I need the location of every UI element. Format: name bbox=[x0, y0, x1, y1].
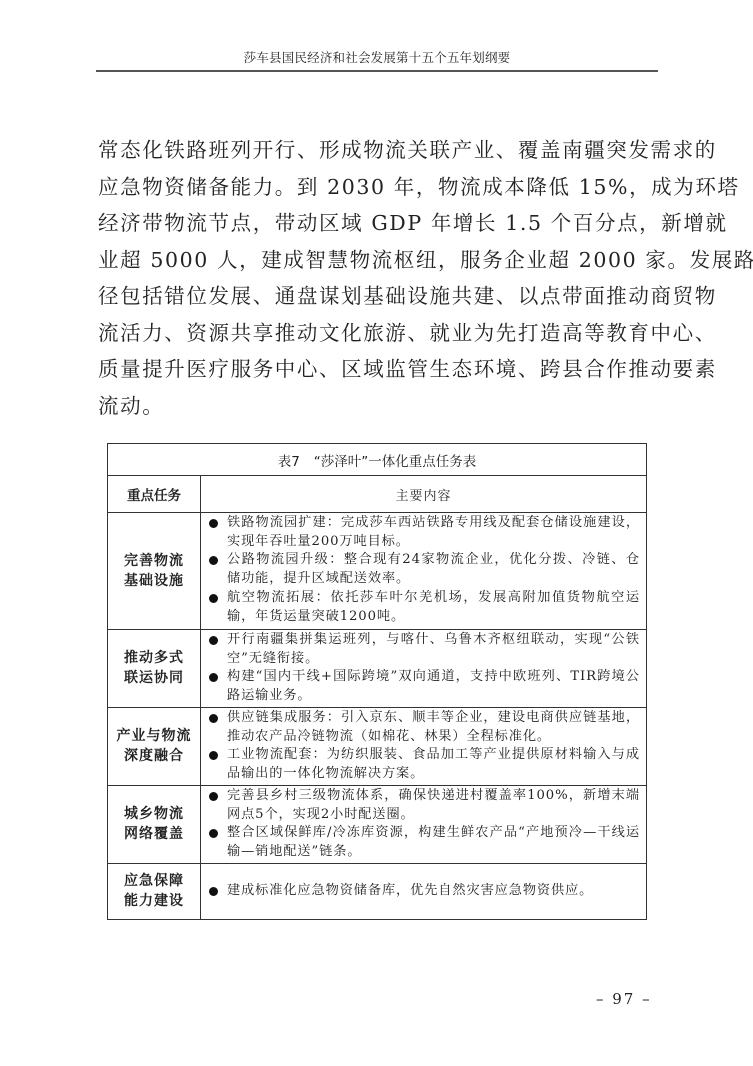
bullet-icon bbox=[209, 636, 218, 645]
running-header-title: 莎车县国民经济和社会发展第十五个五年划纲要 bbox=[96, 48, 658, 66]
list-item: 工业物流配套：为纺织服装、食品加工等产业提供原材料输入与成品输出的一体化物流解决… bbox=[201, 746, 640, 783]
bullet-icon bbox=[209, 751, 218, 760]
bullet-icon bbox=[209, 887, 218, 896]
paragraph-line: 常态化铁路班列开行、形成物流关联产业、覆盖南疆突发需求的 bbox=[98, 132, 658, 169]
column-header-content: 主要内容 bbox=[201, 476, 647, 513]
paragraph-line: 流活力、资源共享推动文化旅游、就业为先打造高等教育中心、 bbox=[98, 315, 658, 352]
page-number: – 97 – bbox=[596, 990, 652, 1008]
table-row: 应急保障 能力建设 建成标准化应急物资储备库，优先自然灾害应急物资供应。 bbox=[108, 863, 647, 919]
table-title: “莎泽叶”一体化重点任务表 bbox=[314, 454, 477, 470]
list-item: 公路物流园升级：整合现有24家物流企业，优化分拨、冷链、仓储功能，提升区域配送效… bbox=[201, 551, 640, 588]
paragraph-line: 流动。 bbox=[98, 388, 658, 425]
list-item: 开行南疆集拼集运班列，与喀什、乌鲁木齐枢纽联动，实现“公铁空”无缝衔接。 bbox=[201, 631, 640, 668]
task-name-line: 联运协同 bbox=[108, 668, 200, 688]
bullet-icon bbox=[209, 673, 218, 682]
list-item: 供应链集成服务：引入京东、顺丰等企业，建设电商供应链基地，推动农产品冷链物流（如… bbox=[201, 709, 640, 746]
list-item-text: 开行南疆集拼集运班列，与喀什、乌鲁木齐枢纽联动，实现“公铁空”无缝衔接。 bbox=[227, 632, 640, 666]
task-name-cell: 应急保障 能力建设 bbox=[108, 863, 201, 919]
list-item-text: 整合区域保鲜库/冷冻库资源，构建生鲜农产品“产地预冷—干线运输—销地配送”链条。 bbox=[227, 825, 640, 859]
list-item: 整合区域保鲜库/冷冻库资源，构建生鲜农产品“产地预冷—干线运输—销地配送”链条。 bbox=[201, 824, 640, 861]
table-number: 表7 bbox=[278, 454, 300, 470]
task-name-cell: 城乡物流 网络覆盖 bbox=[108, 785, 201, 863]
bullet-icon bbox=[209, 519, 218, 528]
table-row: 完善物流 基础设施 铁路物流园扩建：完成莎车西站铁路专用线及配套仓储设施建设，实… bbox=[108, 513, 647, 630]
header-divider bbox=[96, 70, 658, 72]
list-item-text: 建成标准化应急物资储备库，优先自然灾害应急物资供应。 bbox=[227, 883, 593, 898]
bullet-icon bbox=[209, 594, 218, 603]
task-name-line: 城乡物流 bbox=[108, 804, 200, 824]
bullet-icon bbox=[209, 714, 218, 723]
table-row: 城乡物流 网络覆盖 完善县乡村三级物流体系，确保快递进村覆盖率100%，新增末端… bbox=[108, 785, 647, 863]
list-item-text: 完善县乡村三级物流体系，确保快递进村覆盖率100%，新增末端网点5个，实现2小时… bbox=[227, 788, 640, 822]
bullet-icon bbox=[209, 829, 218, 838]
task-name-cell: 推动多式 联运协同 bbox=[108, 630, 201, 708]
column-header-task: 重点任务 bbox=[108, 476, 201, 513]
list-item: 航空物流拓展：依托莎车叶尔羌机场，发展高附加值货物航空运输，年货运量突破1200… bbox=[201, 589, 640, 626]
task-content-cell: 供应链集成服务：引入京东、顺丰等企业，建设电商供应链基地，推动农产品冷链物流（如… bbox=[201, 707, 647, 785]
list-item-text: 公路物流园升级：整合现有24家物流企业，优化分拨、冷链、仓储功能，提升区域配送效… bbox=[227, 552, 640, 586]
task-name-line: 深度融合 bbox=[108, 746, 200, 766]
list-item-text: 航空物流拓展：依托莎车叶尔羌机场，发展高附加值货物航空运输，年货运量突破1200… bbox=[227, 590, 640, 624]
list-item-text: 铁路物流园扩建：完成莎车西站铁路专用线及配套仓储设施建设，实现年吞吐量200万吨… bbox=[227, 515, 640, 549]
task-name-line: 基础设施 bbox=[108, 571, 200, 591]
list-item: 建成标准化应急物资储备库，优先自然灾害应急物资供应。 bbox=[201, 882, 640, 901]
list-item: 构建“国内干线+国际跨境”双向通道，支持中欧班列、TIR跨境公路运输业务。 bbox=[201, 668, 640, 705]
task-name-line: 网络覆盖 bbox=[108, 824, 200, 844]
list-item-text: 构建“国内干线+国际跨境”双向通道，支持中欧班列、TIR跨境公路运输业务。 bbox=[227, 669, 640, 703]
table-row: 产业与物流 深度融合 供应链集成服务：引入京东、顺丰等企业，建设电商供应链基地，… bbox=[108, 707, 647, 785]
task-content-cell: 建成标准化应急物资储备库，优先自然灾害应急物资供应。 bbox=[201, 863, 647, 919]
task-name-line: 完善物流 bbox=[108, 551, 200, 571]
paragraph-line: 径包括错位发展、通盘谋划基础设施共建、以点带面推动商贸物 bbox=[98, 278, 658, 315]
task-content-cell: 完善县乡村三级物流体系，确保快递进村覆盖率100%，新增末端网点5个，实现2小时… bbox=[201, 785, 647, 863]
task-name-line: 推动多式 bbox=[108, 648, 200, 668]
list-item: 完善县乡村三级物流体系，确保快递进村覆盖率100%，新增末端网点5个，实现2小时… bbox=[201, 787, 640, 824]
task-name-line: 应急保障 bbox=[108, 871, 200, 891]
task-name-cell: 完善物流 基础设施 bbox=[108, 513, 201, 630]
list-item-text: 工业物流配套：为纺织服装、食品加工等产业提供原材料输入与成品输出的一体化物流解决… bbox=[227, 747, 640, 781]
paragraph-line: 业超 5000 人，建成智慧物流枢纽，服务企业超 2000 家。发展路 bbox=[98, 242, 658, 279]
list-item-text: 供应链集成服务：引入京东、顺丰等企业，建设电商供应链基地，推动农产品冷链物流（如… bbox=[227, 710, 640, 744]
list-item: 铁路物流园扩建：完成莎车西站铁路专用线及配套仓储设施建设，实现年吞吐量200万吨… bbox=[201, 514, 640, 551]
bullet-icon bbox=[209, 556, 218, 565]
task-content-cell: 铁路物流园扩建：完成莎车西站铁路专用线及配套仓储设施建设，实现年吞吐量200万吨… bbox=[201, 513, 647, 630]
task-content-cell: 开行南疆集拼集运班列，与喀什、乌鲁木齐枢纽联动，实现“公铁空”无缝衔接。 构建“… bbox=[201, 630, 647, 708]
paragraph-line: 质量提升医疗服务中心、区域监管生态环境、跨县合作推动要素 bbox=[98, 351, 658, 388]
paragraph-line: 应急物资储备能力。到 2030 年，物流成本降低 15%，成为环塔 bbox=[98, 169, 658, 206]
paragraph-line: 经济带物流节点，带动区域 GDP 年增长 1.5 个百分点，新增就 bbox=[98, 205, 658, 242]
key-tasks-table: 表7“莎泽叶”一体化重点任务表 重点任务 主要内容 完善物流 基础设施 铁路物流… bbox=[107, 443, 647, 920]
body-paragraph: 常态化铁路班列开行、形成物流关联产业、覆盖南疆突发需求的 应急物资储备能力。到 … bbox=[98, 132, 658, 424]
table-row: 推动多式 联运协同 开行南疆集拼集运班列，与喀什、乌鲁木齐枢纽联动，实现“公铁空… bbox=[108, 630, 647, 708]
task-name-cell: 产业与物流 深度融合 bbox=[108, 707, 201, 785]
bullet-icon bbox=[209, 792, 218, 801]
table-caption: 表7“莎泽叶”一体化重点任务表 bbox=[108, 444, 647, 476]
task-name-line: 能力建设 bbox=[108, 891, 200, 911]
task-name-line: 产业与物流 bbox=[108, 726, 200, 746]
